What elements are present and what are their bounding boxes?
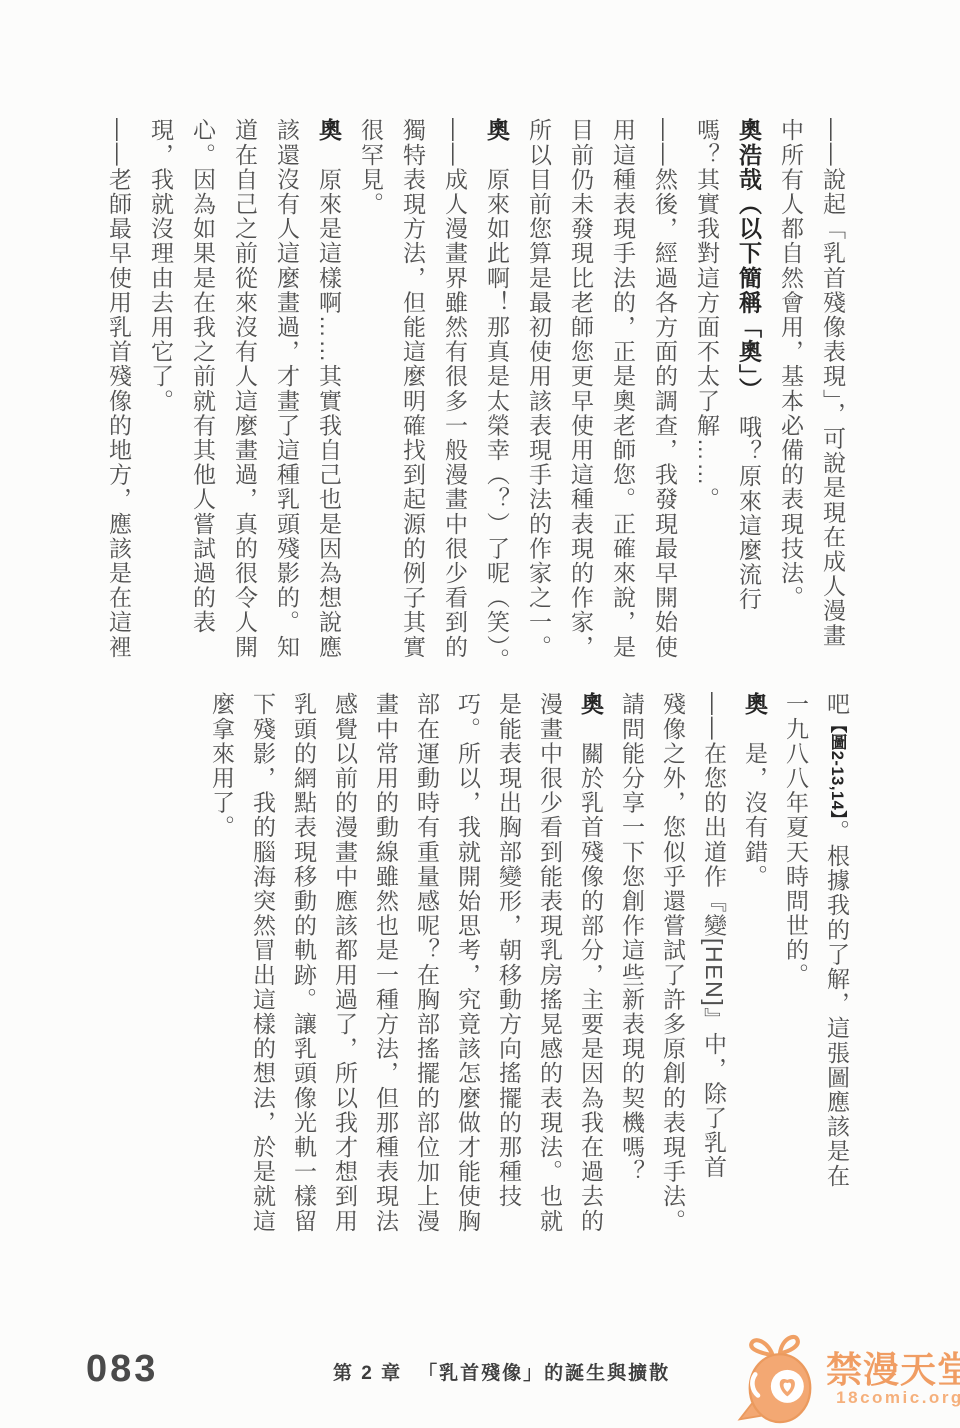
interview-text-bottom: 吧【圖2-13,14】。根據我的了解，這張圖應該是在 一九八八年夏天時問世的。 …: [201, 692, 858, 1258]
text-run: ——成人漫畫界雖然有很多一般漫畫中很少看到的: [442, 118, 468, 659]
text-run: 現，我就沒理由去用它了。: [148, 118, 174, 413]
text-line: 吧【圖2-13,14】。根據我的了解，這張圖應該是在: [816, 692, 858, 1258]
text-run: 吧: [824, 692, 850, 717]
watermark-text: 禁漫天堂 18comic.org: [826, 1351, 960, 1407]
text-line: 嗎？其實我對這方面不太了解……。: [686, 118, 728, 678]
watermark-site-url: 18comic.org: [836, 1389, 960, 1408]
jm-mascot-icon: [736, 1331, 824, 1427]
text-line: ——老師最早使用乳首殘像的地方，應該是在這裡: [98, 118, 140, 678]
text-line: 現，我就沒理由去用它了。: [140, 118, 182, 678]
text-run: 所以目前您算是最初使用該表現手法的作家之一。: [526, 118, 552, 659]
speaker-name: 奧浩哉（以下簡稱「奧」）: [736, 118, 762, 390]
text-run: 心。因為如果是在我之前就有其他人嘗試過的表: [190, 118, 216, 635]
text-run: 道在自己之前從來沒有人這麼畫過，真的很令人開: [232, 118, 258, 659]
speaker-name: 奧: [578, 692, 604, 717]
text-line: 所以目前您算是最初使用該表現手法的作家之一。: [518, 118, 560, 678]
text-line: 是能表現出胸部變形，朝移動方向搖擺的那種技: [488, 692, 529, 1258]
text-run: 乳頭的網點表現移動的軌跡。讓乳頭像光軌一樣留: [291, 692, 317, 1233]
text-line: ——說起「乳首殘像表現」，可說是現在成人漫畫: [812, 118, 854, 678]
text-line: 用這種表現手法的，正是奧老師您。正確來說，是: [602, 118, 644, 678]
text-line: 一九八八年夏天時問世的。: [775, 692, 816, 1258]
text-line: 奧浩哉（以下簡稱「奧」） 哦？原來這麼流行: [728, 118, 770, 678]
interview-text-top: ——說起「乳首殘像表現」，可說是現在成人漫畫 中所有人都自然會用，基本必備的表現…: [98, 118, 854, 678]
text-run: 用這種表現手法的，正是奧老師您。正確來說，是: [610, 118, 636, 659]
text-run: 。根據我的了解，這張圖應該是在: [824, 819, 850, 1188]
text-line: 感覺以前的漫畫中應該都用過了，所以我才想到用: [324, 692, 365, 1258]
text-line: 部在運動時有重量感呢？在胸部搖擺的部位加上漫: [406, 692, 447, 1258]
text-line: 目前仍未發現比老師您更早使用這種表現的作家，: [560, 118, 602, 678]
text-run: 關於乳首殘像的部分，主要是因為我在過去的: [578, 717, 604, 1234]
book-page: ——說起「乳首殘像表現」，可說是現在成人漫畫 中所有人都自然會用，基本必備的表現…: [0, 0, 960, 1428]
site-watermark: 禁漫天堂 18comic.org: [736, 1330, 958, 1428]
text-run: 是，沒有錯。: [742, 717, 768, 889]
text-line: 乳頭的網點表現移動的軌跡。讓乳頭像光軌一樣留: [283, 692, 324, 1258]
page-number: 083: [86, 1348, 158, 1391]
text-run: 請問能分享一下您創作這些新表現的契機嗎？: [619, 692, 645, 1184]
speaker-name: 奧: [742, 692, 768, 717]
text-run: 下殘影，我的腦海突然冒出這樣的想法，於是就這: [250, 692, 276, 1233]
text-line: ——在您的出道作『變[HEN]』中，除了乳首: [693, 692, 734, 1258]
text-run: 畫中常用的動線雖然也是一種方法，但那種表現法: [373, 692, 399, 1233]
text-run: ——然後，經過各方面的調查，我發現最早開始使: [652, 118, 678, 659]
text-run: 目前仍未發現比老師您更早使用這種表現的作家，: [568, 118, 594, 659]
text-run: 獨特表現方法，但能這麼明確找到起源的例子其實: [400, 118, 426, 659]
text-line: 很罕見。: [350, 118, 392, 678]
running-footer: 第 2 章「乳首殘像」的誕生與擴散: [333, 1358, 670, 1385]
chapter-title: 「乳首殘像」的誕生與擴散: [418, 1363, 670, 1384]
text-line: 心。因為如果是在我之前就有其他人嘗試過的表: [182, 118, 224, 678]
text-line: 畫中常用的動線雖然也是一種方法，但那種表現法: [365, 692, 406, 1258]
text-line: 奧 是，沒有錯。: [734, 692, 775, 1258]
text-run: 一九八八年夏天時問世的。: [783, 692, 809, 987]
text-run: 該還沒有人這麼畫過，才畫了這種乳頭殘影的。知: [274, 118, 300, 659]
text-run: 漫畫中很少看到能表現乳房搖晃感的表現法。也就: [537, 692, 563, 1233]
text-run: 原來是這樣啊……其實我自己也是因為想說應: [316, 143, 342, 660]
text-run: 嗎？其實我對這方面不太了解……。: [694, 118, 720, 512]
text-line: 道在自己之前從來沒有人這麼畫過，真的很令人開: [224, 118, 266, 678]
text-run: 感覺以前的漫畫中應該都用過了，所以我才想到用: [332, 692, 358, 1233]
text-line: 請問能分享一下您創作這些新表現的契機嗎？: [611, 692, 652, 1258]
text-line: 奧 關於乳首殘像的部分，主要是因為我在過去的: [570, 692, 611, 1258]
text-line: 獨特表現方法，但能這麼明確找到起源的例子其實: [392, 118, 434, 678]
text-line: 麼拿來用了。: [201, 692, 242, 1258]
chapter-label: 第 2 章: [333, 1363, 402, 1384]
text-run: 原來如此啊！那真是太榮幸（？）了呢（笑）。: [484, 143, 510, 673]
text-run: 很罕見。: [358, 118, 384, 216]
text-run: 部在運動時有重量感呢？在胸部搖擺的部位加上漫: [414, 692, 440, 1233]
text-line: 奧 原來是這樣啊……其實我自己也是因為想說應: [308, 118, 350, 678]
text-line: 中所有人都自然會用，基本必備的表現技法。: [770, 118, 812, 678]
text-run: ——在您的出道作『變[HEN]』中，除了乳首: [701, 692, 727, 1180]
text-run: ——說起「乳首殘像表現」，可說是現在成人漫畫: [820, 118, 846, 648]
text-run: 哦？原來這麼流行: [736, 390, 762, 611]
text-run: 麼拿來用了。: [209, 692, 235, 840]
text-line: 下殘影，我的腦海突然冒出這樣的想法，於是就這: [242, 692, 283, 1258]
text-line: ——然後，經過各方面的調查，我發現最早開始使: [644, 118, 686, 678]
text-line: 殘像之外，您似乎還嘗試了許多原創的表現手法。: [652, 692, 693, 1258]
text-line: 漫畫中很少看到能表現乳房搖晃感的表現法。也就: [529, 692, 570, 1258]
speaker-name: 奧: [484, 118, 510, 143]
text-run: 巧。所以，我就開始思考，究竟該怎麼做才能使胸: [455, 692, 481, 1233]
text-line: ——成人漫畫界雖然有很多一般漫畫中很少看到的: [434, 118, 476, 678]
text-line: 巧。所以，我就開始思考，究竟該怎麼做才能使胸: [447, 692, 488, 1258]
text-run: 殘像之外，您似乎還嘗試了許多原創的表現手法。: [660, 692, 686, 1233]
watermark-site-name: 禁漫天堂: [826, 1351, 960, 1389]
speaker-name: 奧: [316, 118, 342, 143]
text-line: 奧 原來如此啊！那真是太榮幸（？）了呢（笑）。: [476, 118, 518, 678]
text-run: 是能表現出胸部變形，朝移動方向搖擺的那種技: [496, 692, 522, 1209]
text-run: 中所有人都自然會用，基本必備的表現技法。: [778, 118, 804, 610]
text-run: ——老師最早使用乳首殘像的地方，應該是在這裡: [106, 118, 132, 659]
figure-ref: 【圖2-13,14】: [828, 717, 847, 820]
text-line: 該還沒有人這麼畫過，才畫了這種乳頭殘影的。知: [266, 118, 308, 678]
